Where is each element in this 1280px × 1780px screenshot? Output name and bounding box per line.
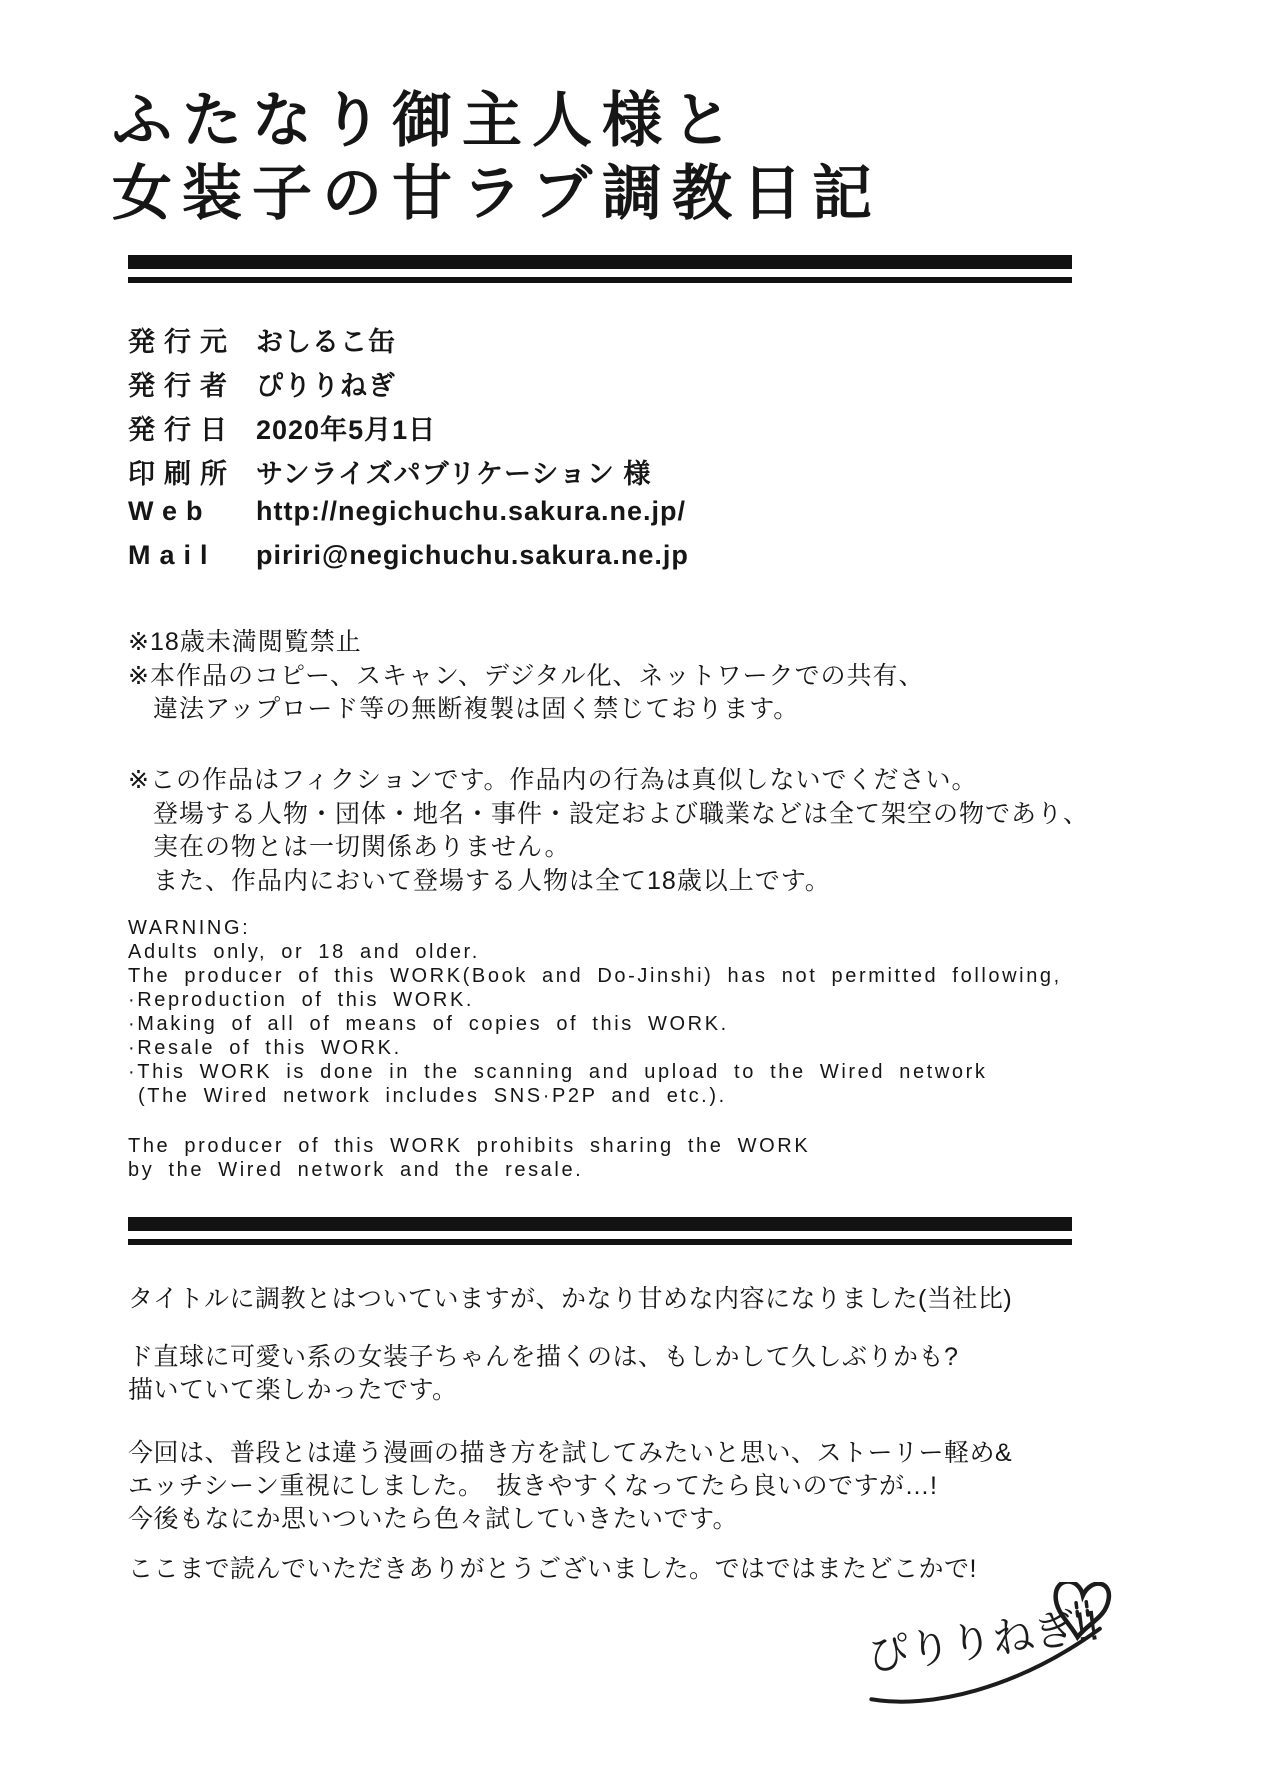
web-url: http://negichuchu.sakura.ne.jp/: [256, 496, 686, 527]
book-title-line1: ふたなり御主人様と: [112, 84, 882, 157]
colophon-page: ふたなり御主人様と 女装子の甘ラブ調教日記 発行元 おしるこ缶 発行者 ぴりりね…: [0, 0, 1280, 1780]
fiction-line2: 登場する人物・団体・地名・事件・設定および職業などは全て架空の物であり、: [128, 798, 1089, 832]
signature-text: ぴりりねぎ!!: [864, 1601, 1102, 1680]
printer-value: サンライズパブリケーション 様: [256, 452, 651, 491]
afterword-paragraph-1: タイトルに調教とはついていますが、かなり甘めな内容になりました(当社比): [128, 1283, 1012, 1316]
copy-prohibition-line2: 違法アップロード等の無断複製は固く禁じております。: [128, 693, 924, 727]
prohibits-sharing-line1: The producer of this WORK prohibits shar…: [128, 1134, 810, 1158]
publish-date-label: 発行日: [128, 408, 256, 447]
warning-resale: ·Resale of this WORK.: [128, 1036, 1062, 1060]
copy-prohibition-line1: ※本作品のコピー、スキャン、デジタル化、ネットワークでの共有、: [128, 660, 924, 694]
divider-thin-bar: [128, 1239, 1072, 1245]
divider-thick-bar: [128, 255, 1072, 269]
afterword-paragraph-3: 今回は、普段とは違う漫画の描き方を試してみたいと思い、ストーリー軽め& エッチシ…: [128, 1437, 1012, 1536]
mail-label: Mail: [128, 540, 256, 571]
publisher-label: 発行元: [128, 320, 256, 359]
divider-thick-bar: [128, 1217, 1072, 1231]
author-label: 発行者: [128, 364, 256, 403]
printer-label: 印刷所: [128, 452, 256, 491]
fiction-disclaimer: ※この作品はフィクションです。作品内の行為は真似しないでください。 登場する人物…: [128, 764, 1089, 898]
mail-address: piriri@negichuchu.sakura.ne.jp: [256, 540, 689, 571]
author-value: ぴりりねぎ: [256, 364, 396, 403]
english-warning-footer: The producer of this WORK prohibits shar…: [128, 1134, 810, 1182]
age-restriction-line: ※18歳未満閲覧禁止: [128, 626, 924, 660]
printer-row: 印刷所 サンライズパブリケーション 様: [128, 452, 689, 496]
web-label: Web: [128, 496, 256, 527]
mail-row: Mail piriri@negichuchu.sakura.ne.jp: [128, 540, 689, 584]
double-rule-divider-bottom: [128, 1217, 1072, 1245]
warning-heading: WARNING:: [128, 916, 1062, 940]
artist-signature: ぴりりねぎ!!: [862, 1582, 1122, 1712]
book-title-line2: 女装子の甘ラブ調教日記: [112, 157, 882, 230]
afterword-line: 描いていて楽しかったです。: [128, 1374, 958, 1407]
afterword-line: ここまで読んでいただきありがとうございました。ではではまたどこかで!: [128, 1553, 977, 1586]
fiction-line1: ※この作品はフィクションです。作品内の行為は真似しないでください。: [128, 764, 1089, 798]
afterword-paragraph-2: ド直球に可愛い系の女装子ちゃんを描くのは、もしかして久しぶりかも? 描いていて楽…: [128, 1341, 958, 1407]
publish-date-value: 2020年5月1日: [256, 408, 436, 447]
afterword-paragraph-4: ここまで読んでいただきありがとうございました。ではではまたどこかで!: [128, 1553, 977, 1586]
afterword-line: 今回は、普段とは違う漫画の描き方を試してみたいと思い、ストーリー軽め&: [128, 1437, 1012, 1470]
publication-info: 発行元 おしるこ缶 発行者 ぴりりねぎ 発行日 2020年5月1日 印刷所 サン…: [128, 320, 689, 584]
fiction-line3: 実在の物とは一切関係ありません。: [128, 831, 1089, 865]
book-title: ふたなり御主人様と 女装子の甘ラブ調教日記: [112, 84, 882, 230]
double-rule-divider-top: [128, 255, 1072, 283]
warning-not-permitted: The producer of this WORK(Book and Do-Ji…: [128, 964, 1062, 988]
fiction-line4: また、作品内において登場する人物は全て18歳以上です。: [128, 865, 1089, 899]
age-copy-notice: ※18歳未満閲覧禁止 ※本作品のコピー、スキャン、デジタル化、ネットワークでの共…: [128, 626, 924, 727]
publisher-row: 発行元 おしるこ缶: [128, 320, 689, 364]
english-warning: WARNING: Adults only, or 18 and older. T…: [128, 916, 1062, 1108]
prohibits-sharing-line2: by the Wired network and the resale.: [128, 1158, 810, 1182]
warning-adults-only: Adults only, or 18 and older.: [128, 940, 1062, 964]
web-row: Web http://negichuchu.sakura.ne.jp/: [128, 496, 689, 540]
divider-thin-bar: [128, 277, 1072, 283]
afterword-line: エッチシーン重視にしました。 抜きやすくなってたら良いのですが…!: [128, 1470, 1012, 1503]
publisher-value: おしるこ缶: [256, 320, 396, 359]
warning-copies: ·Making of all of means of copies of thi…: [128, 1012, 1062, 1036]
afterword-line: ド直球に可愛い系の女装子ちゃんを描くのは、もしかして久しぶりかも?: [128, 1341, 958, 1374]
warning-scanning: ·This WORK is done in the scanning and u…: [128, 1060, 1062, 1084]
warning-wired-network: (The Wired network includes SNS·P2P and …: [128, 1084, 1062, 1108]
afterword-line: 今後もなにか思いついたら色々試していきたいです。: [128, 1503, 1012, 1536]
publish-date-row: 発行日 2020年5月1日: [128, 408, 689, 452]
author-row: 発行者 ぴりりねぎ: [128, 364, 689, 408]
afterword-line: タイトルに調教とはついていますが、かなり甘めな内容になりました(当社比): [128, 1283, 1012, 1316]
warning-reproduction: ·Reproduction of this WORK.: [128, 988, 1062, 1012]
